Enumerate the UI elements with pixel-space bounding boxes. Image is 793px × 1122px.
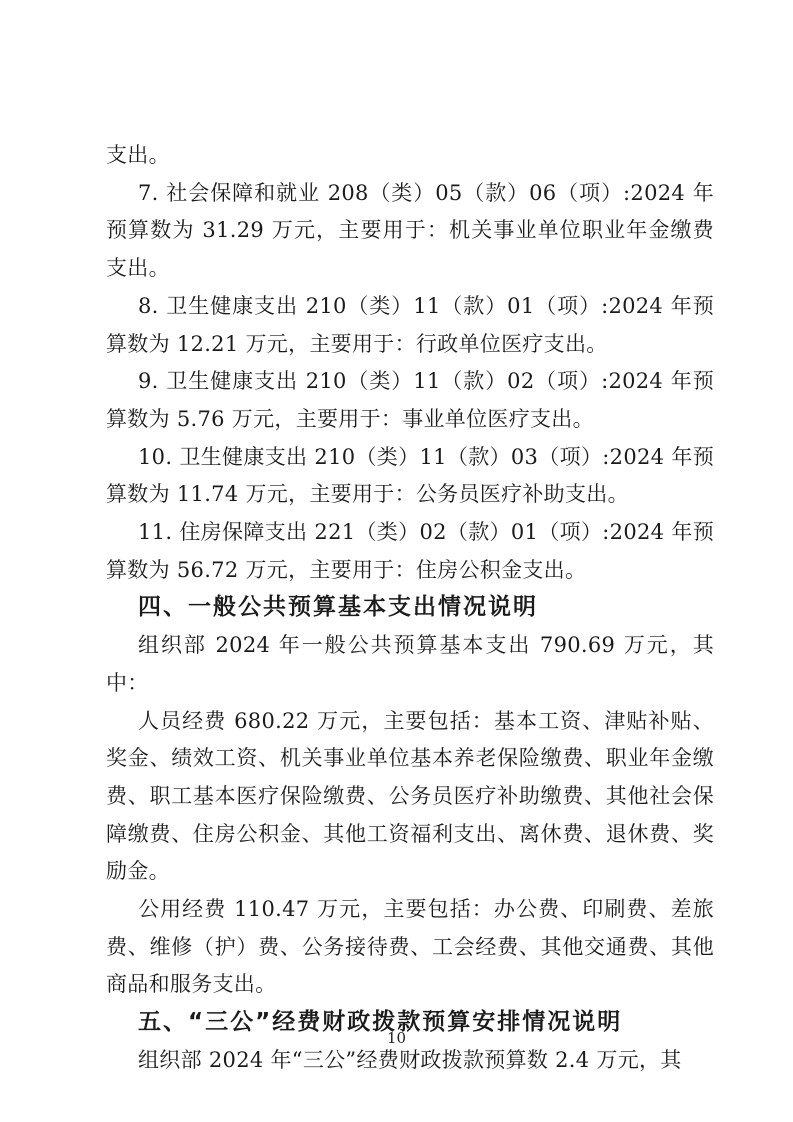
paragraph-personnel-expenses: 人员经费 680.22 万元，主要包括：基本工资、津贴补贴、奖金、绩效工资、机关… bbox=[106, 703, 714, 892]
paragraph-continuation: 支出。 bbox=[106, 137, 714, 175]
page-number: 10 bbox=[0, 1028, 793, 1048]
paragraph-public-operating-expenses: 公用经费 110.47 万元，主要包括：办公费、印刷费、差旅费、维修（护）费、公… bbox=[106, 891, 714, 1004]
budget-item-11-housing: 11. 住房保障支出 221（类）02（款）01（项）:2024 年预算数为 5… bbox=[106, 514, 714, 589]
budget-item-10-health-subsidy: 10. 卫生健康支出 210（类）11（款）03（项）:2024 年预算数为 1… bbox=[106, 439, 714, 514]
section-heading-4-basic-expenditure: 四、一般公共预算基本支出情况说明 bbox=[106, 589, 714, 627]
budget-item-7-social-security: 7. 社会保障和就业 208（类）05（款）06（项）:2024 年预算数为 3… bbox=[106, 175, 714, 288]
document-page: 支出。 7. 社会保障和就业 208（类）05（款）06（项）:2024 年预算… bbox=[0, 0, 793, 1122]
budget-item-9-health-institution: 9. 卫生健康支出 210（类）11（款）02（项）:2024 年预算数为 5.… bbox=[106, 363, 714, 438]
budget-item-8-health-admin: 8. 卫生健康支出 210（类）11（款）01（项）:2024 年预算数为 12… bbox=[106, 288, 714, 363]
paragraph-basic-expenditure-total: 组织部 2024 年一般公共预算基本支出 790.69 万元，其中： bbox=[106, 627, 714, 702]
document-content: 支出。 7. 社会保障和就业 208（类）05（款）06（项）:2024 年预算… bbox=[106, 137, 714, 1080]
